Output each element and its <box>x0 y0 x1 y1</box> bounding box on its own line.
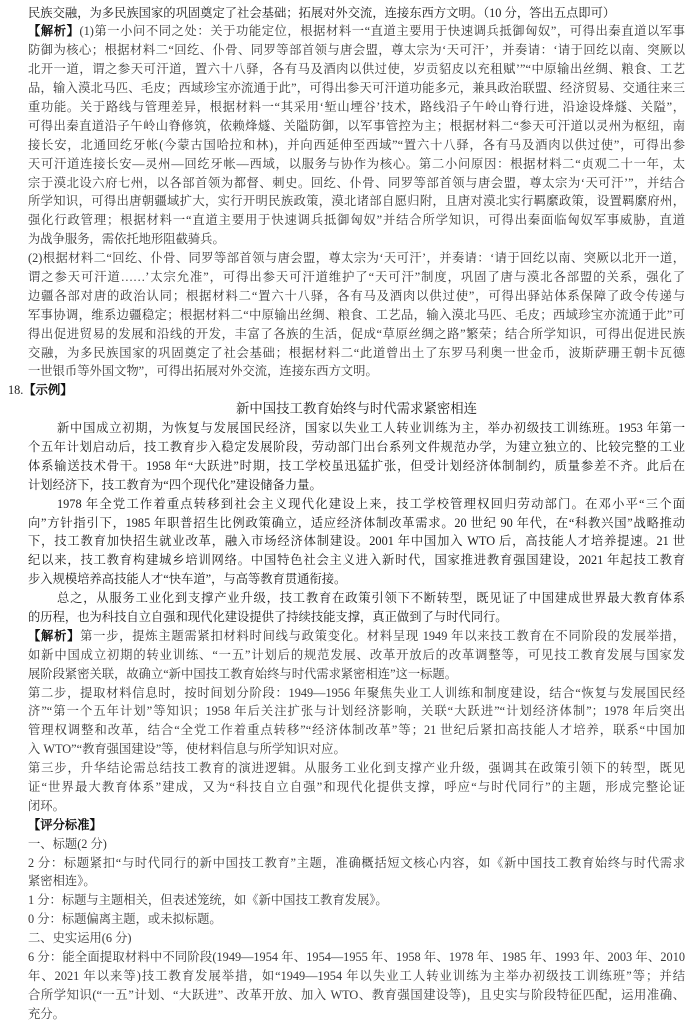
score-note: （10 分，答出五点即可） <box>483 6 615 20</box>
analysis-line: 第三步，升华结论需总结技工教育的演进逻辑。从服务工业化到支撑产业升级，强调其在政… <box>28 759 685 778</box>
q18-analysis: 【解析】第一步，提炼主题需紧扣材料时间线与政策变化。材料呈现 1949 年以来技… <box>28 627 685 816</box>
analysis-label: 【解析】 <box>28 24 79 38</box>
essay-title: 新中国技工教育始终与时代需求紧密相连 <box>28 400 685 419</box>
scoring-item-line: 年、2021 年以来等)技工教育发展举措，如“1949—1954 年以失业工人转… <box>28 967 685 986</box>
analysis-line: 接长安，北通回纥牙帐(今蒙古国哈拉和林)，并向西延伸至西域”“置六十八驿，各有马… <box>28 136 685 155</box>
analysis-line: 军事协调，维系边疆稳定；根据材料二“中原输出丝绸、粮食、工艺品，输入漠北马匹、毛… <box>28 306 685 325</box>
scoring-criteria: 【评分标准】 一、标题(2 分) 2 分：标题紧扣“与时代同行的新中国技工教育”… <box>28 816 685 1024</box>
scoring-label: 【评分标准】 <box>28 818 102 832</box>
analysis-line: (2)根据材料二“回纥、仆骨、同罗等部首领与唐会盟，尊太宗为‘天可汗’，并奏请：… <box>28 249 685 268</box>
analysis-line: 强化行政管理；根据材料一“直道主要用于快速调兵抵御匈奴”并结合所学知识，可得出秦… <box>28 211 685 230</box>
analysis-line: 可得出秦直道沿子午岭山脊修筑，依赖烽燧、关隘防御，以军事管控为主；根据材料二“参… <box>28 117 685 136</box>
analysis-line: 所学知识，可得出唐朝疆域扩大，实行开明民族政策，漠北诸部自愿归附，且唐对漠北实行… <box>28 192 685 211</box>
essay-line: 总之，从服务工业化到支撑产业升级，技工教育在政策引领下不断转型，既见证了中国建成… <box>28 589 685 608</box>
analysis-line: 闭环。 <box>28 797 685 816</box>
scoring-item-line: 2 分：标题紧扣“与时代同行的新中国技工教育”主题，准确概括短文核心内容，如《新… <box>28 854 685 873</box>
essay-line: 1978 年全党工作着重点转移到社会主义现代化建设上来，技工学校管理权回归劳动部… <box>28 495 685 514</box>
scoring-item-line: 0 分：标题偏离主题，或未拟标题。 <box>28 910 685 929</box>
analysis-line: 谓之参天可汗道……’太宗允准”，可得出参天可汗道维护了“天可汗”制度，巩固了唐与… <box>28 268 685 287</box>
essay-line: 个五年计划启动后，技工教育步入稳定发展阶段，劳动部门出台系列文件规范办学，为建立… <box>28 438 685 457</box>
essay-line: 向”方针指引下，1985 年职普招生比例政策确立，适应经济体制改革需求。20 世… <box>28 514 685 533</box>
document-page: 民族交融，为多民族国家的巩固奠定了社会基础；拓展对外交流，连接东西方文明。（10… <box>28 4 685 1024</box>
analysis-line: 重功能。关于路线与管理差异，根据材料一“其采用‘堑山堙谷’技术，路线沿子午岭山脊… <box>28 98 685 117</box>
essay-line: 新中国成立初期，为恢复与发展国民经济，国家以失业工人转业训练为主，举办初级技工训… <box>28 419 685 438</box>
analysis-line: 防御为核心；根据材料二“回纥、仆骨、同罗等部首领与唐会盟，尊太宗为‘天可汗’，并… <box>28 41 685 60</box>
scoring-item-line: 6 分：能全面提取材料中不同阶段(1949—1954 年、1954—1955 年… <box>28 948 685 967</box>
essay-line: 计划经济下，技工教育为“四个现代化”建设储备力量。 <box>28 476 685 495</box>
analysis-line: 品，输入漠北马匹、毛皮；西域珍宝亦流通于此”，可得出参天可汗道功能多元，兼具政治… <box>28 79 685 98</box>
sample-essay: 新中国技工教育始终与时代需求紧密相连 新中国成立初期，为恢复与发展国民经济，国家… <box>28 400 685 627</box>
essay-line: 下，技工教育加快招生就业改革，融入市场经济体制建设。2001 年中国加入 WTO… <box>28 532 685 551</box>
scoring-item-line: 紧密相连》。 <box>28 872 685 891</box>
answer-line: 民族交融，为多民族国家的巩固奠定了社会基础；拓展对外交流，连接东西方文明。（10… <box>28 4 685 23</box>
analysis-line: 一世银币等外国文物”，可得出拓展对外交流，连接东西方文明。 <box>28 362 685 381</box>
analysis-line: 【解析】第一步，提炼主题需紧扣材料时间线与政策变化。材料呈现 1949 年以来技… <box>28 627 685 646</box>
analysis-label: 【解析】 <box>28 629 80 643</box>
analysis-line: 管理权调整和改革，结合“全党工作着重点转移”“经济体制改革”等；21 世纪后紧扣… <box>28 721 685 740</box>
analysis-line: 天可汗道连接长安—灵州—回纥牙帐—西域，以服务与协作为核心。第二小问原因：根据材… <box>28 155 685 174</box>
analysis-text: 第一步，提炼主题需紧扣材料时间线与政策变化。材料呈现 1949 年以来技工教育在… <box>80 629 685 643</box>
scoring-item-line: 充分。 <box>28 1005 685 1024</box>
scoring-item-line: 1 分：标题与主题相关，但表述笼统，如《新中国技工教育发展》。 <box>28 891 685 910</box>
analysis-line: 第二步，提取材料信息时，按时间划分阶段：1949—1956 年聚焦失业工人训练和… <box>28 684 685 703</box>
essay-line: 步入规模培养高技能人才“快车道”，与高等教育贯通衔接。 <box>28 570 685 589</box>
sample-label: 【示例】 <box>23 383 72 397</box>
analysis-line: 展阶段紧密关联，故确立“新中国技工教育始终与时代需求紧密相连”这一标题。 <box>28 665 685 684</box>
analysis-line: 入 WTO”“教育强国建设”等，使材料信息与所学知识对应。 <box>28 740 685 759</box>
q17-answer: 民族交融，为多民族国家的巩固奠定了社会基础；拓展对外交流，连接东西方文明。（10… <box>28 4 685 23</box>
scoring-item-line: 合所学知识(“一五”计划、“大跃进”、改革开放、加入 WTO、教育强国建设等)，… <box>28 986 685 1005</box>
question-number-line: 18.【示例】 <box>8 381 685 400</box>
analysis-line: 如新中国成立初期的转业训练、“一五”计划后的规范发展、改革开放后的改革调整等，可… <box>28 646 685 665</box>
answer-text: 民族交融，为多民族国家的巩固奠定了社会基础；拓展对外交流，连接东西方文明。 <box>28 6 483 20</box>
question-number: 18. <box>8 383 23 397</box>
analysis-line: 宗于漠北设六府七州，以各部首领为都督、刺史。回纥、仆骨、同罗等部首领与唐会盟，尊… <box>28 174 685 193</box>
analysis-line: 边疆各部对唐的政治认同；根据材料二“置六十八驿，各有马及酒肉以供过使”，可得出驿… <box>28 287 685 306</box>
scoring-label-line: 【评分标准】 <box>28 816 685 835</box>
essay-line: 体系输送技术骨干。1958 年“大跃进”时期，技工学校虽迅猛扩张，但受计划经济体… <box>28 457 685 476</box>
analysis-line: 得出促进贸易的发展和沿线的开发，丰富了各族的生活，促成“草原丝绸之路”繁荣；结合… <box>28 325 685 344</box>
essay-line: 纪以来，技工教育构建城乡培训网络。中国特色社会主义进入新时代，国家推进教育强国建… <box>28 551 685 570</box>
analysis-line: 北开一道，谓之参天可汗道，置六十八驿，各有马及酒肉以供过使，岁贡貂皮以充租赋’”… <box>28 60 685 79</box>
q18-header: 18.【示例】 <box>28 381 685 400</box>
scoring-section-heading: 一、标题(2 分) <box>28 835 685 854</box>
analysis-line: 为战争服务，需依托地形阻截骑兵。 <box>28 230 685 249</box>
analysis-line: 证“世界最大教育体系”建成，又为“科技自立自强”和现代化提供支撑，呼应“与时代同… <box>28 778 685 797</box>
analysis-line: 济”“第一个五年计划”等知识；1958 年后关注扩张与计划经济影响，关联“大跃进… <box>28 702 685 721</box>
essay-line: 的历程，也为科技自立自强和现代化建设提供了持续技能支撑，真正做到了与时代同行。 <box>28 608 685 627</box>
analysis-line: 【解析】(1)第一小问不同之处：关于功能定位，根据材料一“直道主要用于快速调兵抵… <box>28 22 685 41</box>
q17-analysis: 【解析】(1)第一小问不同之处：关于功能定位，根据材料一“直道主要用于快速调兵抵… <box>28 22 685 381</box>
analysis-text: (1)第一小问不同之处：关于功能定位，根据材料一“直道主要用于快速调兵抵御匈奴”… <box>79 24 685 38</box>
analysis-line: 交融，为多民族国家的巩固奠定了社会基础；根据材料二“此道曾出土了东罗马利奥一世金… <box>28 344 685 363</box>
scoring-section-heading: 二、史实运用(6 分) <box>28 929 685 948</box>
